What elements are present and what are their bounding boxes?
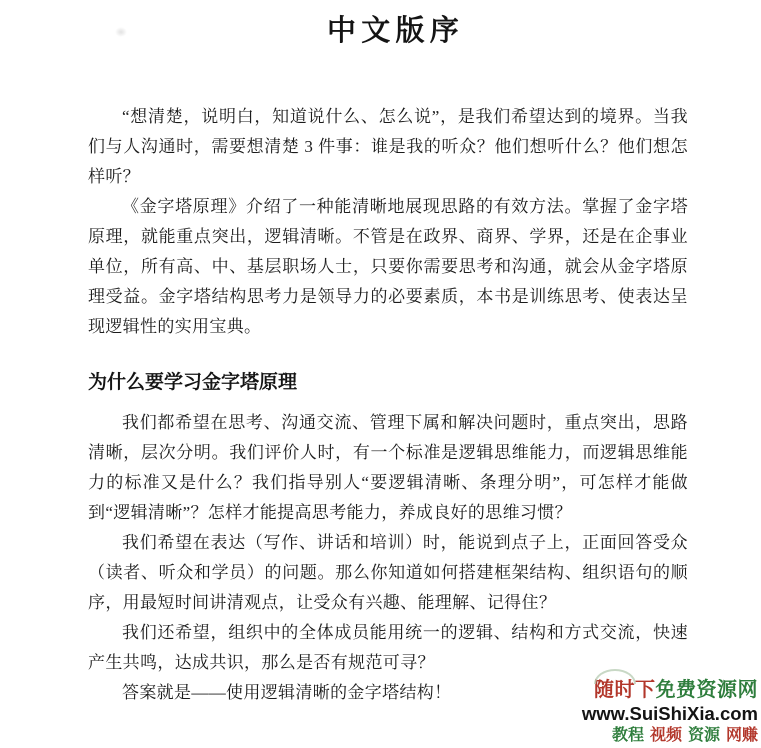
watermark-tagline: 教程视频资源网赚 xyxy=(582,725,758,746)
watermark-segment: 视频 xyxy=(650,727,682,744)
scanned-page: 中文版序 “想清楚，说明白，知道说什么、怎么说”，是我们希望达到的境界。当我们与… xyxy=(0,0,761,748)
watermark: 随时下免费资源网 www.SuiShiXia.com 教程视频资源网赚 xyxy=(582,679,758,746)
watermark-segment: 网赚 xyxy=(726,727,758,744)
watermark-segment: 教程 xyxy=(612,727,644,744)
section-heading: 为什么要学习金字塔原理 xyxy=(88,368,688,398)
smudge-mark xyxy=(115,27,127,37)
watermark-url: www.SuiShiXia.com xyxy=(582,702,758,725)
paragraph: 我们都希望在思考、沟通交流、管理下属和解决问题时，重点突出，思路清晰，层次分明。… xyxy=(88,408,688,528)
paragraph: 我们希望在表达（写作、讲话和培训）时，能说到点子上，正面回答受众（读者、听众和学… xyxy=(88,528,688,618)
content-area: “想清楚，说明白，知道说什么、怎么说”，是我们希望达到的境界。当我们与人沟通时，… xyxy=(88,102,688,708)
watermark-segment: 资源 xyxy=(688,727,720,744)
watermark-segment: 免费资源网 xyxy=(656,679,759,701)
paragraph: “想清楚，说明白，知道说什么、怎么说”，是我们希望达到的境界。当我们与人沟通时，… xyxy=(88,102,688,192)
paragraph: 我们还希望，组织中的全体成员能用统一的逻辑、结构和方式交流，快速产生共鸣，达成共… xyxy=(88,618,688,678)
paragraph: 《金字塔原理》介绍了一种能清晰地展现思路的有效方法。掌握了金字塔原理，就能重点突… xyxy=(88,192,688,342)
